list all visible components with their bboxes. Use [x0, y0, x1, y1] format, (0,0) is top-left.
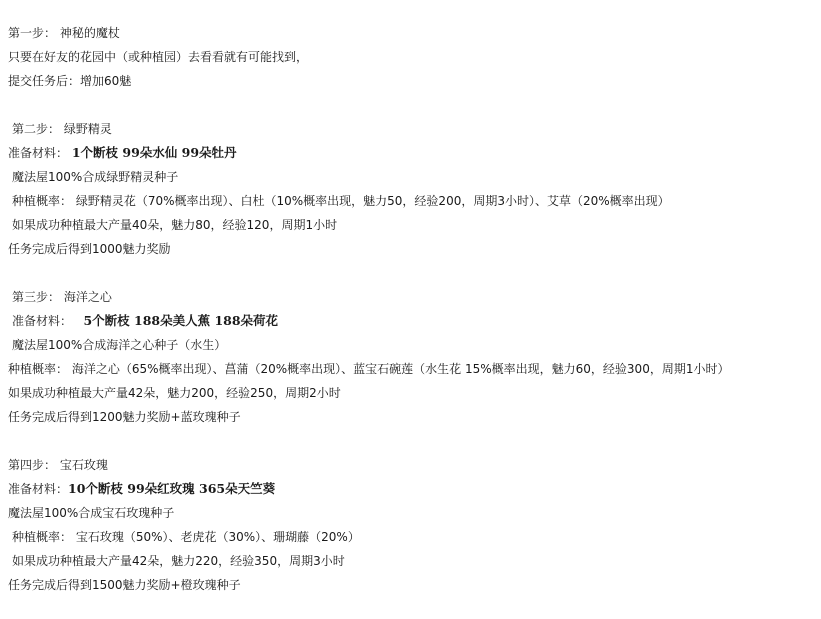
step-2-yield: 如果成功种植最大产量40朵，魅力80，经验120，周期1小时 — [12, 217, 337, 233]
step-2-title: 第二步： 绿野精灵 — [12, 121, 112, 137]
step-4-yield: 如果成功种植最大产量42朵，魅力220，经验350，周期3小时 — [12, 553, 345, 569]
step-2-reward: 任务完成后得到1000魅力奖励 — [8, 241, 171, 257]
step-2-chance: 种植概率： 绿野精灵花（70%概率出现）、白杜（10%概率出现，魅力50，经验2… — [12, 193, 670, 209]
step-2-materials: 准备材料： 1个断枝 99朵水仙 99朵牡丹 — [8, 145, 237, 161]
materials-value: 5个断枝 188朵美人蕉 188朵荷花 — [83, 313, 278, 328]
materials-label: 准备材料： — [8, 146, 68, 160]
step-3-yield: 如果成功种植最大产量42朵，魅力200，经验250，周期2小时 — [8, 385, 341, 401]
step-label: 第二步： — [12, 122, 60, 136]
step-4-chance: 种植概率： 宝石玫瑰（50%）、老虎花（30%）、珊瑚藤（20%） — [12, 529, 360, 545]
step-title: 宝石玫瑰 — [60, 458, 108, 472]
materials-label: 准备材料： — [8, 482, 68, 496]
step-4-materials: 准备材料：10个断枝 99朵红玫瑰 365朵天竺葵 — [8, 481, 275, 497]
step-label: 第一步： — [8, 26, 56, 40]
step-4-synth: 魔法屋100%合成宝石玫瑰种子 — [8, 505, 174, 521]
step-title: 神秘的魔杖 — [60, 26, 120, 40]
step-title: 海洋之心 — [64, 290, 112, 304]
step-label: 第三步： — [12, 290, 60, 304]
step-title: 绿野精灵 — [64, 122, 112, 136]
step-1-hint: 只要在好友的花园中（或种植园）去看看就有可能找到， — [8, 49, 308, 65]
materials-label: 准备材料： — [12, 314, 72, 328]
step-2-synth: 魔法屋100%合成绿野精灵种子 — [12, 169, 178, 185]
step-3-chance: 种植概率： 海洋之心（65%概率出现）、菖蒲（20%概率出现）、蓝宝石碗莲（水生… — [8, 361, 729, 377]
materials-value: 1个断枝 99朵水仙 99朵牡丹 — [72, 145, 237, 160]
materials-value: 10个断枝 99朵红玫瑰 365朵天竺葵 — [68, 481, 275, 496]
step-1-title: 第一步： 神秘的魔杖 — [8, 25, 120, 41]
step-4-reward: 任务完成后得到1500魅力奖励+橙玫瑰种子 — [8, 577, 241, 593]
step-4-title: 第四步： 宝石玫瑰 — [8, 457, 108, 473]
step-3-materials: 准备材料： 5个断枝 188朵美人蕉 188朵荷花 — [12, 313, 278, 329]
step-3-synth: 魔法屋100%合成海洋之心种子（水生） — [12, 337, 226, 353]
step-1-reward: 提交任务后：增加60魅 — [8, 73, 131, 89]
step-3-title: 第三步： 海洋之心 — [12, 289, 112, 305]
step-3-reward: 任务完成后得到1200魅力奖励+蓝玫瑰种子 — [8, 409, 241, 425]
step-label: 第四步： — [8, 458, 56, 472]
